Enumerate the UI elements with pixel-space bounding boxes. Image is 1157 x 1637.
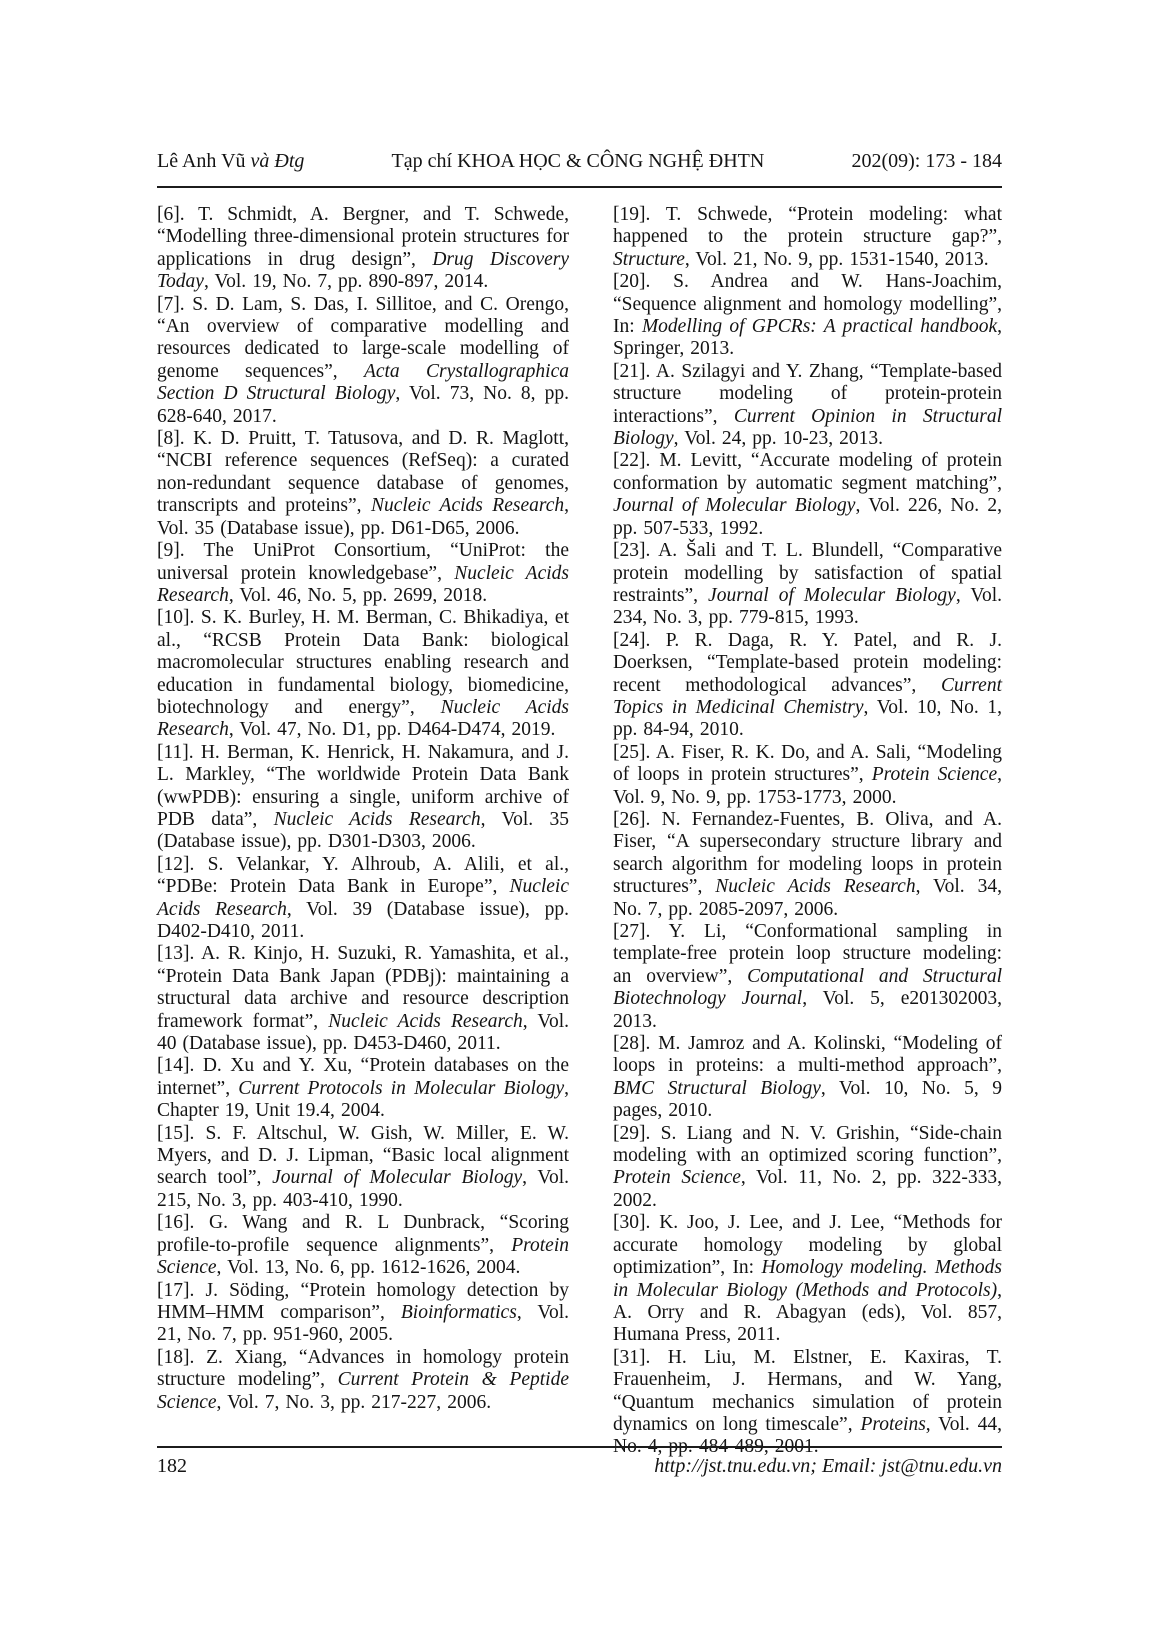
reference-item-18: [18]. Z. Xiang, “Advances in homology pr… bbox=[157, 1347, 569, 1414]
reference-source-italic: Protein Science bbox=[613, 1167, 741, 1188]
reference-source-italic: Nucleic Acids Research bbox=[371, 495, 564, 516]
reference-source-italic: Nucleic Acids Research bbox=[715, 876, 915, 897]
reference-text: , Vol. 46, No. 5, pp. 2699, 2018. bbox=[229, 585, 487, 606]
reference-source-italic: Journal of Molecular Biology bbox=[272, 1167, 522, 1188]
reference-item-10: [10]. S. K. Burley, H. M. Berman, C. Bhi… bbox=[157, 607, 569, 741]
reference-text: [19]. T. Schwede, “Protein modeling: wha… bbox=[613, 204, 1002, 247]
references-column-left: [6]. T. Schmidt, A. Bergner, and T. Schw… bbox=[157, 204, 569, 1459]
footer-site-email: http://jst.tnu.edu.vn; Email: jst@tnu.ed… bbox=[654, 1455, 1002, 1478]
reference-item-25: [25]. A. Fiser, R. K. Do, and A. Sali, “… bbox=[613, 742, 1002, 809]
reference-text: [12]. S. Velankar, Y. Alhroub, A. Alili,… bbox=[157, 854, 569, 897]
running-footer: 182 http://jst.tnu.edu.vn; Email: jst@tn… bbox=[157, 1446, 1002, 1478]
running-author: Lê Anh Vũ và Đtg bbox=[157, 150, 304, 173]
reference-source-italic: Proteins bbox=[860, 1414, 925, 1435]
author-suffix: và Đtg bbox=[251, 150, 305, 172]
references-column-right: [19]. T. Schwede, “Protein modeling: wha… bbox=[613, 204, 1002, 1459]
reference-item-27: [27]. Y. Li, “Conformational sampling in… bbox=[613, 921, 1002, 1033]
reference-source-italic: Structure bbox=[613, 249, 685, 270]
reference-source-italic: BMC Structural Biology bbox=[613, 1078, 821, 1099]
reference-item-19: [19]. T. Schwede, “Protein modeling: wha… bbox=[613, 204, 1002, 271]
reference-item-12: [12]. S. Velankar, Y. Alhroub, A. Alili,… bbox=[157, 854, 569, 944]
reference-source-italic: Modelling of GPCRs: A practical handbook bbox=[642, 316, 997, 337]
reference-item-16: [16]. G. Wang and R. L Dunbrack, “Scorin… bbox=[157, 1212, 569, 1279]
reference-source-italic: Bioinformatics bbox=[401, 1302, 517, 1323]
reference-item-24: [24]. P. R. Daga, R. Y. Patel, and R. J.… bbox=[613, 630, 1002, 742]
reference-item-11: [11]. H. Berman, K. Henrick, H. Nakamura… bbox=[157, 742, 569, 854]
reference-item-26: [26]. N. Fernandez-Fuentes, B. Oliva, an… bbox=[613, 809, 1002, 921]
reference-text: [22]. M. Levitt, “Accurate modeling of p… bbox=[613, 450, 1002, 493]
reference-text: , Vol. 47, No. D1, pp. D464-D474, 2019. bbox=[229, 719, 556, 740]
reference-item-31: [31]. H. Liu, M. Elstner, E. Kaxiras, T.… bbox=[613, 1347, 1002, 1459]
journal-page: Lê Anh Vũ và Đtg Tạp chí KHOA HỌC & CÔNG… bbox=[0, 0, 1157, 1637]
reference-source-italic: Nucleic Acids Research bbox=[328, 1011, 523, 1032]
reference-item-23: [23]. A. Šali and T. L. Blundell, “Compa… bbox=[613, 540, 1002, 630]
reference-item-20: [20]. S. Andrea and W. Hans-Joachim, “Se… bbox=[613, 271, 1002, 361]
reference-source-italic: Journal of Molecular Biology bbox=[708, 585, 956, 606]
reference-item-9: [9]. The UniProt Consortium, “UniProt: t… bbox=[157, 540, 569, 607]
page-number: 182 bbox=[157, 1455, 187, 1478]
reference-text: , Vol. 13, No. 6, pp. 1612-1626, 2004. bbox=[217, 1257, 521, 1278]
running-header: Lê Anh Vũ và Đtg Tạp chí KHOA HỌC & CÔNG… bbox=[157, 150, 1002, 188]
journal-title: Tạp chí KHOA HỌC & CÔNG NGHỆ ĐHTN bbox=[392, 150, 765, 173]
reference-item-7: [7]. S. D. Lam, S. Das, I. Sillitoe, and… bbox=[157, 294, 569, 428]
reference-source-italic: Nucleic Acids Research bbox=[274, 809, 481, 830]
reference-source-italic: Current Protocols in Molecular Biology bbox=[238, 1078, 564, 1099]
reference-item-14: [14]. D. Xu and Y. Xu, “Protein database… bbox=[157, 1055, 569, 1122]
reference-text: , Vol. 24, pp. 10-23, 2013. bbox=[674, 428, 883, 449]
reference-item-30: [30]. K. Joo, J. Lee, and J. Lee, “Metho… bbox=[613, 1212, 1002, 1346]
reference-source-italic: Journal of Molecular Biology bbox=[613, 495, 855, 516]
reference-text: , Vol. 19, No. 7, pp. 890-897, 2014. bbox=[204, 271, 488, 292]
reference-source-italic: Protein Science bbox=[872, 764, 997, 785]
reference-item-6: [6]. T. Schmidt, A. Bergner, and T. Schw… bbox=[157, 204, 569, 294]
reference-text: [29]. S. Liang and N. V. Grishin, “Side-… bbox=[613, 1123, 1002, 1166]
reference-text: [16]. G. Wang and R. L Dunbrack, “Scorin… bbox=[157, 1212, 569, 1255]
reference-item-15: [15]. S. F. Altschul, W. Gish, W. Miller… bbox=[157, 1123, 569, 1213]
references-body: [6]. T. Schmidt, A. Bergner, and T. Schw… bbox=[157, 204, 1002, 1459]
reference-item-22: [22]. M. Levitt, “Accurate modeling of p… bbox=[613, 450, 1002, 540]
issue-pages: 202(09): 173 - 184 bbox=[851, 150, 1002, 173]
reference-item-13: [13]. A. R. Kinjo, H. Suzuki, R. Yamashi… bbox=[157, 943, 569, 1055]
reference-item-21: [21]. A. Szilagyi and Y. Zhang, “Templat… bbox=[613, 361, 1002, 451]
reference-item-29: [29]. S. Liang and N. V. Grishin, “Side-… bbox=[613, 1123, 1002, 1213]
author-name: Lê Anh Vũ bbox=[157, 150, 251, 172]
reference-item-8: [8]. K. D. Pruitt, T. Tatusova, and D. R… bbox=[157, 428, 569, 540]
reference-item-17: [17]. J. Söding, “Protein homology detec… bbox=[157, 1280, 569, 1347]
reference-text: , Vol. 7, No. 3, pp. 217-227, 2006. bbox=[217, 1392, 492, 1413]
reference-item-28: [28]. M. Jamroz and A. Kolinski, “Modeli… bbox=[613, 1033, 1002, 1123]
reference-text: [28]. M. Jamroz and A. Kolinski, “Modeli… bbox=[613, 1033, 1002, 1076]
reference-text: , Vol. 21, No. 9, pp. 1531-1540, 2013. bbox=[685, 249, 989, 270]
